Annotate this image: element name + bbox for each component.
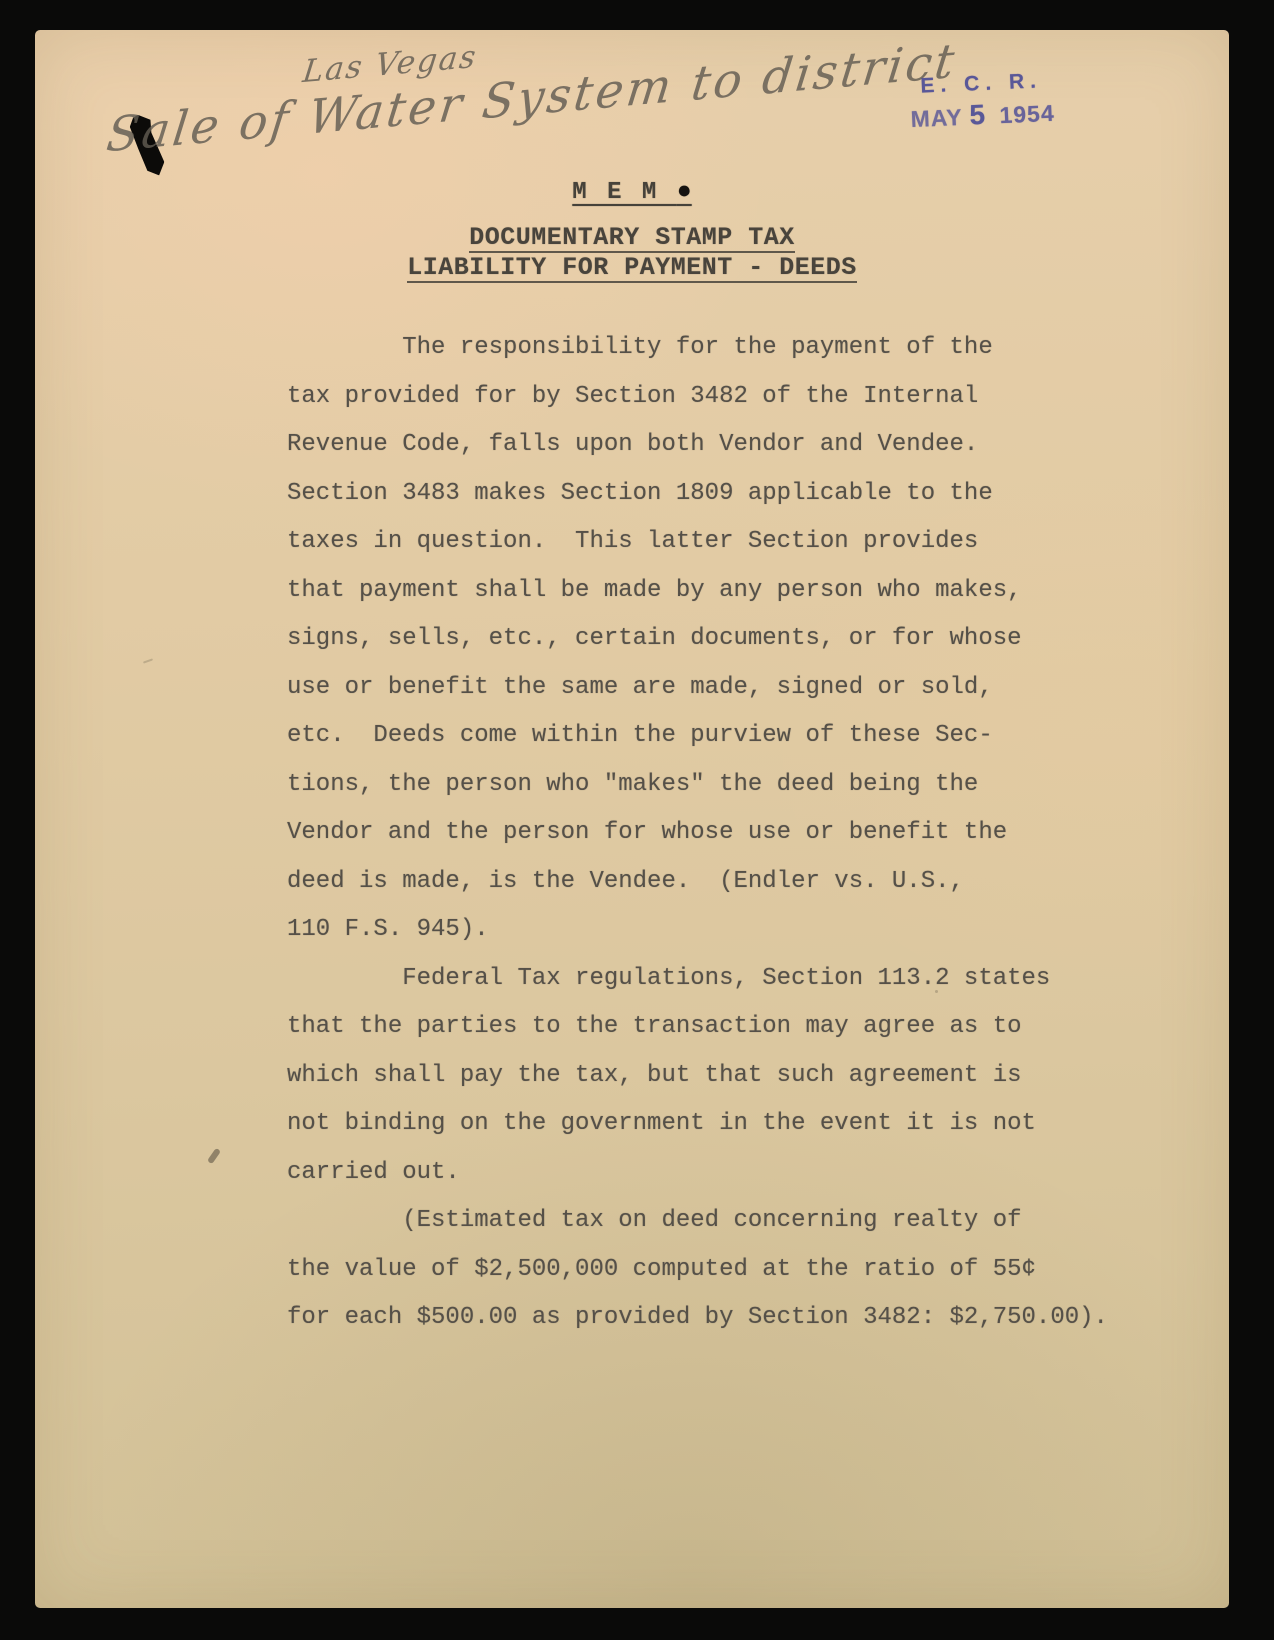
scanned-memo-screenshot: { "scan": { "background_color": "#0a0a09… xyxy=(0,0,1274,1640)
stamp-year: 1954 xyxy=(999,100,1055,128)
memo-subtitle: DOCUMENTARY STAMP TAX LIABILITY FOR PAYM… xyxy=(35,224,1229,284)
memo-body-line: 110 F.S. 945). xyxy=(287,906,1108,955)
memo-title-filled-o: ● xyxy=(677,177,692,206)
memo-title: M E M ● xyxy=(35,177,1229,206)
handwritten-insert: Las Vegas xyxy=(301,38,480,90)
memo-body-line: signs, sells, etc., certain documents, o… xyxy=(287,615,1108,664)
memo-body-line: The responsibility for the payment of th… xyxy=(287,324,1108,373)
memo-body-line: Section 3483 makes Section 1809 applicab… xyxy=(287,470,1108,519)
memo-page: Las Vegas Sale of Water System to distri… xyxy=(35,30,1229,1608)
memo-body-line: taxes in question. This latter Section p… xyxy=(287,518,1108,567)
memo-body-line: tax provided for by Section 3482 of the … xyxy=(287,373,1108,422)
memo-body-line: Federal Tax regulations, Section 113.2 s… xyxy=(287,955,1108,1004)
stamp-day: 5 xyxy=(969,99,987,131)
memo-body: The responsibility for the payment of th… xyxy=(287,324,1108,1343)
memo-body-line: deed is made, is the Vendee. (Endler vs.… xyxy=(287,858,1108,907)
memo-body-line: that payment shall be made by any person… xyxy=(287,567,1108,616)
memo-body-line: Revenue Code, falls upon both Vendor and… xyxy=(287,421,1108,470)
memo-body-line: which shall pay the tax, but that such a… xyxy=(287,1052,1108,1101)
memo-title-letters: M E M xyxy=(572,179,676,206)
stamp-date: MAY 5 1954 xyxy=(887,95,1078,135)
memo-body-line: (Estimated tax on deed concerning realty… xyxy=(287,1197,1108,1246)
paper-speck xyxy=(207,1148,221,1165)
paper-speck xyxy=(143,658,153,663)
memo-body-line: use or benefit the same are made, signed… xyxy=(287,664,1108,713)
subtitle-line-2-wrap: LIABILITY FOR PAYMENT - DEEDS xyxy=(35,254,1229,284)
memo-body-line: tions, the person who "makes" the deed b… xyxy=(287,761,1108,810)
memo-body-line: etc. Deeds come within the purview of th… xyxy=(287,712,1108,761)
handwritten-annotation: Sale of Water System to district xyxy=(104,33,961,163)
memo-header: M E M ● xyxy=(35,177,1229,206)
memo-body-line: Vendor and the person for whose use or b… xyxy=(287,809,1108,858)
memo-body-line: carried out. xyxy=(287,1149,1108,1198)
memo-body-line: not binding on the government in the eve… xyxy=(287,1100,1108,1149)
memo-body-line: the value of $2,500,000 computed at the … xyxy=(287,1246,1108,1295)
subtitle-line-1-wrap: DOCUMENTARY STAMP TAX xyxy=(35,224,1229,254)
subtitle-line-1: DOCUMENTARY STAMP TAX xyxy=(469,224,795,253)
memo-body-line: that the parties to the transaction may … xyxy=(287,1003,1108,1052)
stamp-month: MAY xyxy=(910,104,963,132)
subtitle-line-2: LIABILITY FOR PAYMENT - DEEDS xyxy=(407,254,857,283)
paper-tear-hole xyxy=(125,114,169,176)
memo-body-line: for each $500.00 as provided by Section … xyxy=(287,1294,1108,1343)
paper-speck xyxy=(935,990,938,993)
date-stamp: E. C. R. MAY 5 1954 xyxy=(886,68,1078,135)
